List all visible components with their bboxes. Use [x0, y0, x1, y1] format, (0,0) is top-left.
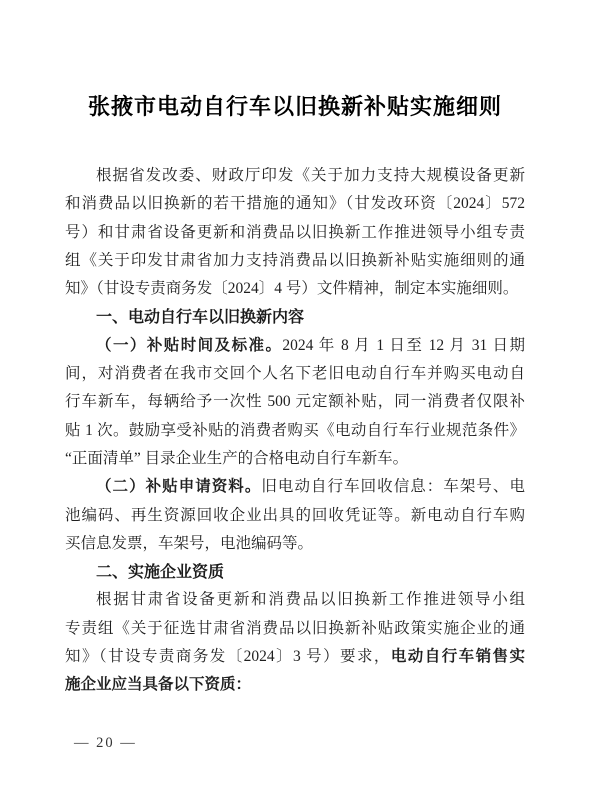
text-run: 知》（甘设专责商务发〔2024〕3 号）要求， — [65, 648, 391, 665]
document-title: 张掖市电动自行车以旧换新补贴实施细则 — [0, 0, 590, 126]
text-line: 行车新车，每辆给予一次性 500 元定额补贴，同一消费者仅限补 — [65, 388, 525, 416]
text-line: 知》（甘设专责商务发〔2024〕3 号）要求，电动自行车销售实 — [65, 643, 525, 671]
bold-lead: （一）补贴时间及标准。 — [96, 337, 282, 354]
text-line: （一）补贴时间及标准。2024 年 8 月 1 日至 12 月 31 日期 — [65, 332, 525, 360]
text-line: 买信息发票，车架号，电池编码等。 — [65, 530, 525, 558]
text-line: 号）和甘肃省设备更新和消费品以旧换新工作推进领导小组专责 — [65, 219, 525, 247]
text-line: “正面清单” 目录企业生产的合格电动自行车新车。 — [65, 445, 525, 473]
page-number: — 20 — — [74, 735, 137, 752]
text-line: 贴 1 次。鼓励享受补贴的消费者购买《电动自行车行业规范条件》 — [65, 417, 525, 445]
text-line: （二）补贴申请资料。旧电动自行车回收信息：车架号、电 — [65, 473, 525, 501]
text-line: 组《关于印发甘肃省加力支持消费品以旧换新补贴实施细则的通 — [65, 247, 525, 275]
text-line: 知》（甘设专责商务发〔2024〕4 号）文件精神，制定本实施细则。 — [65, 275, 525, 303]
text-line: 施企业应当具备以下资质： — [65, 671, 525, 699]
bold-lead: （二）补贴申请资料。 — [96, 478, 261, 495]
section-heading-1: 一、电动自行车以旧换新内容 — [65, 303, 525, 331]
section-heading-2: 二、实施企业资质 — [65, 558, 525, 586]
text-run: 2024 年 8 月 1 日至 12 月 31 日期 — [282, 337, 525, 354]
bold-run: 电动自行车销售实 — [391, 648, 525, 665]
text-line: 间，对消费者在我市交回个人名下老旧电动自行车并购买电动自 — [65, 360, 525, 388]
document-body: 根据省发改委、财政厅印发《关于加力支持大规模设备更新 和消费品以旧换新的若干措施… — [65, 162, 525, 700]
document-page: 张掖市电动自行车以旧换新补贴实施细则 根据省发改委、财政厅印发《关于加力支持大规… — [0, 0, 590, 792]
text-line: 专责组《关于征选甘肃省消费品以旧换新补贴政策实施企业的通 — [65, 615, 525, 643]
text-line: 和消费品以旧换新的若干措施的通知》（甘发改环资〔2024〕572 — [65, 190, 525, 218]
text-line: 根据省发改委、财政厅印发《关于加力支持大规模设备更新 — [65, 162, 525, 190]
text-line: 池编码、再生资源回收企业出具的回收凭证等。新电动自行车购 — [65, 502, 525, 530]
text-line: 根据甘肃省设备更新和消费品以旧换新工作推进领导小组 — [65, 586, 525, 614]
text-run: 旧电动自行车回收信息：车架号、电 — [261, 478, 525, 495]
